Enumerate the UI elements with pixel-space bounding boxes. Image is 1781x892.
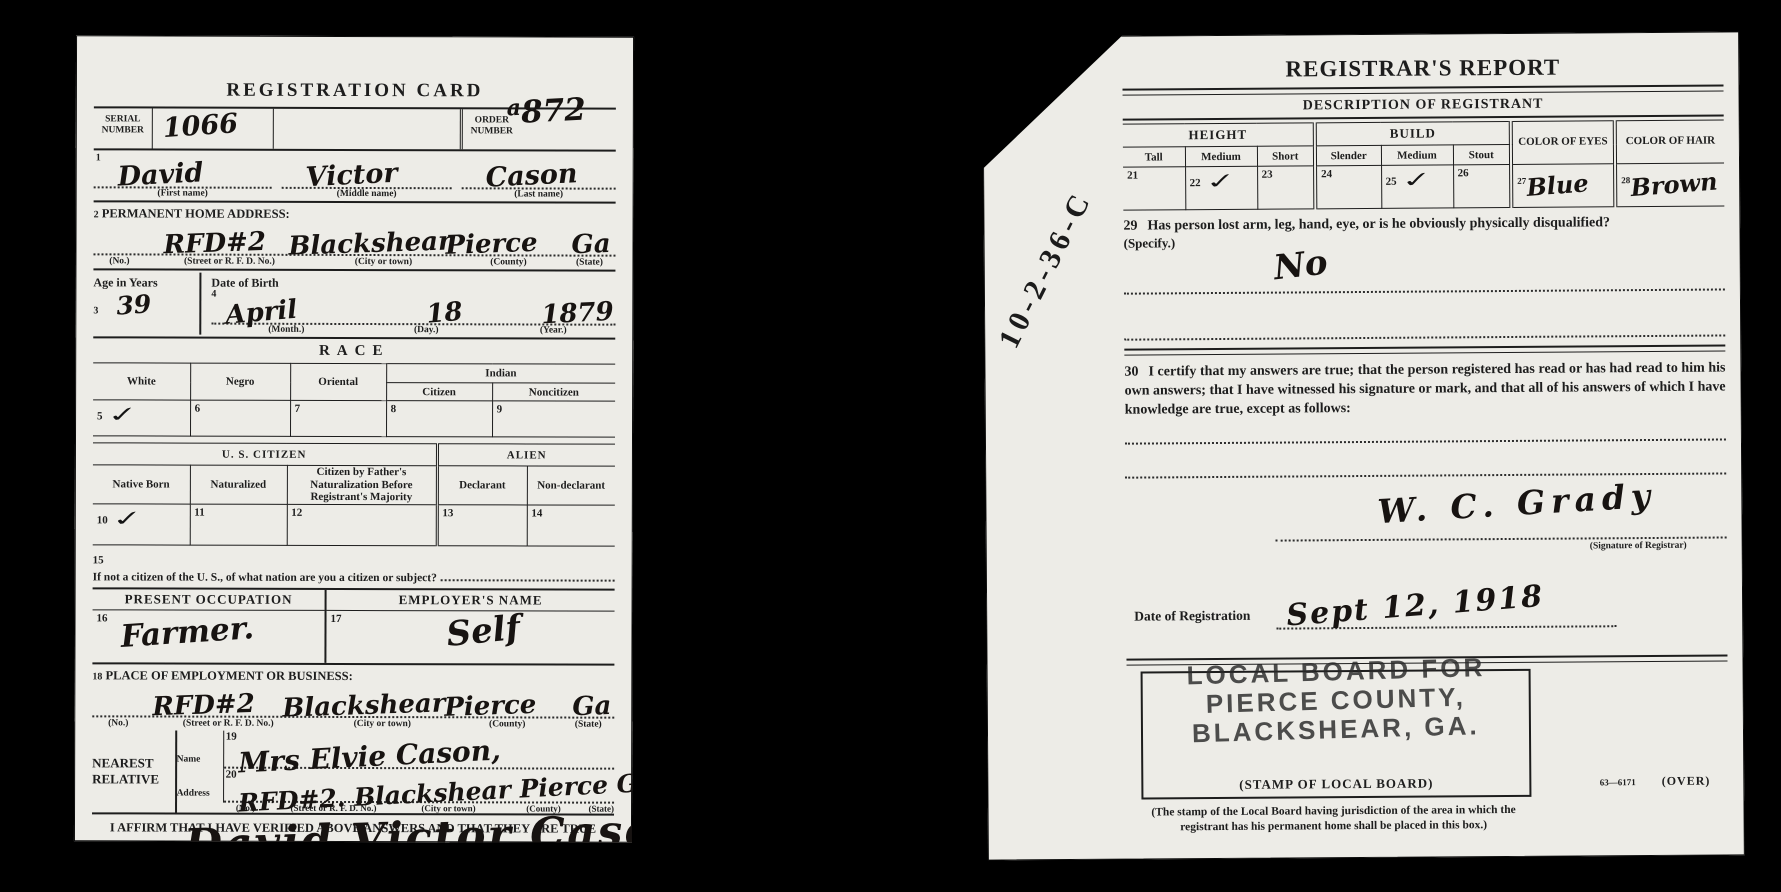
build-stout-cell: 26	[1453, 164, 1511, 207]
last-name-field: Cason	[462, 151, 616, 189]
color-of-eyes-cell: 27Blue	[1511, 164, 1615, 208]
non-declarant-label: Non-declarant	[527, 466, 615, 505]
nearest-relative-section: NEAREST RELATIVE Name 19 Mrs Elvie Cason…	[92, 730, 614, 815]
citizenship-table: U. S. CITIZEN ALIEN Native Born Naturali…	[93, 442, 615, 546]
employer-header: EMPLOYER'S NAME	[327, 590, 615, 612]
build-medium-cell: 25✓	[1381, 165, 1453, 209]
race-indian-citizen-cell: 8	[386, 401, 492, 437]
home-address-city: Blackshear	[288, 226, 452, 261]
question-29: 29Has person lost arm, leg, hand, eye, o…	[1123, 213, 1724, 252]
local-board-stamp-box: LOCAL BOARD FOR PIERCE COUNTY, BLACKSHEA…	[1141, 669, 1532, 800]
race-white-label: White	[93, 363, 190, 400]
build-medium-label: Medium	[1381, 145, 1453, 166]
relative-name-minilabel: Name	[177, 730, 224, 768]
employment-county: Pierce	[444, 690, 537, 723]
name-columns: David Victor Cason	[94, 150, 616, 189]
home-address-street: RFD#2	[163, 227, 266, 260]
dob-month-value: April	[224, 295, 298, 331]
height-medium-number: 22	[1190, 177, 1201, 189]
board-footnote: (The stamp of the Local Board having jur…	[1128, 803, 1540, 836]
check-mark-icon: ✓	[106, 402, 139, 428]
height-short-label: Short	[1257, 146, 1315, 166]
occupation-column: PRESENT OCCUPATION 16 Farmer.	[92, 589, 326, 663]
nearest-relative-label: NEAREST RELATIVE	[92, 730, 177, 812]
age-label: Age in Years	[93, 275, 199, 290]
stamp-of-local-board-label: (STAMP OF LOCAL BOARD)	[1239, 775, 1433, 792]
question-30-number: 30	[1124, 365, 1138, 380]
employment-label: PLACE OF EMPLOYMENT OR BUSINESS:	[105, 668, 352, 683]
color-of-hair-cell: 28Brown	[1615, 163, 1724, 207]
build-medium-number: 25	[1386, 176, 1397, 188]
date-stamp-code: 10-2-36-C	[992, 185, 1099, 354]
registrar-signature-zone: W. C. Grady (Signature of Registrar)	[1125, 474, 1727, 574]
question-15-text: If not a citizen of the U. S., of what n…	[93, 571, 437, 584]
section-rule	[93, 336, 615, 339]
build-stout-number: 26	[1458, 167, 1469, 179]
race-negro-label: Negro	[190, 363, 290, 400]
age-number: 3	[93, 305, 98, 316]
relative-address-field: 20 RFD#2. Blackshear Pierce Ga	[224, 769, 615, 804]
age-value: 39	[115, 289, 152, 320]
height-medium-cell: 22✓	[1185, 166, 1257, 210]
build-group-header: BUILD	[1315, 121, 1511, 145]
race-title: RACE	[93, 342, 615, 360]
serial-number-field: 1066	[153, 108, 274, 148]
employment-state: Ga	[572, 691, 612, 722]
home-address-label: PERMANENT HOME ADDRESS:	[102, 206, 290, 220]
serial-number-value: 1066	[162, 108, 239, 144]
height-short-number: 23	[1262, 169, 1273, 181]
section-rule	[93, 268, 615, 271]
registration-card: REGISTRATION CARD SERIAL NUMBER 1066 ORD…	[74, 35, 634, 842]
title-rule	[1122, 84, 1723, 95]
color-of-eyes-header: COLOR OF EYES	[1511, 121, 1615, 165]
question-15-line: If not a citizen of the U. S., of what n…	[93, 566, 615, 584]
race-oriental-cell: 7	[290, 400, 386, 436]
question-30: 30I certify that my answers are true; th…	[1124, 360, 1725, 421]
question-30-text: I certify that my answers are true; that…	[1125, 361, 1726, 418]
question-29-answer: No	[1271, 241, 1329, 291]
father-naturalization-label: Citizen by Father's Naturalization Befor…	[287, 465, 437, 504]
date-of-registration-row: Date of Registration Sept 12, 1918	[1126, 590, 1727, 634]
employment-number: 18	[92, 671, 102, 682]
dob-field: Date of Birth 4 April 18 1879 (Month.) (…	[201, 273, 615, 336]
over-label: (OVER)	[1662, 774, 1711, 789]
employment-field: RFD#2 Blackshear Pierce Ga	[92, 683, 614, 718]
dob-year-value: 1879	[541, 297, 615, 331]
build-stout-label: Stout	[1453, 144, 1511, 164]
declarant-label: Declarant	[437, 466, 527, 505]
registrars-report-card: 10-2-36-C REGISTRAR'S REPORT DESCRIPTION…	[982, 31, 1745, 860]
question-15: 15 If not a citizen of the U. S., of wha…	[93, 554, 615, 584]
declarant-cell: 13	[437, 505, 527, 546]
home-address-label-line: 2 PERMANENT HOME ADDRESS:	[94, 206, 616, 222]
check-mark-icon: ✓	[1400, 167, 1433, 193]
naturalized-number: 11	[194, 507, 204, 519]
non-declarant-number: 14	[531, 507, 542, 519]
age-field: Age in Years 3 39	[93, 272, 201, 334]
order-number-field: a872	[521, 109, 616, 149]
registrars-report-body: REGISTRAR'S REPORT DESCRIPTION OF REGIST…	[1122, 53, 1728, 835]
declarant-number: 13	[442, 507, 453, 519]
registrar-signature: W. C. Grady	[1376, 475, 1657, 530]
employer-number: 17	[331, 613, 342, 625]
height-tall-cell: 21	[1123, 167, 1185, 210]
employer-field: 17 Self	[326, 611, 614, 664]
date-of-registration-label: Date of Registration	[1134, 608, 1250, 625]
board-stamp-line3: BLACKSHEAR, GA.	[1192, 711, 1480, 748]
print-code: 63—6171	[1600, 777, 1636, 787]
registrar-signature-label: (Signature of Registrar)	[1590, 540, 1687, 551]
dob-label: Date of Birth	[211, 276, 615, 292]
relative-address-row: Address 20 RFD#2. Blackshear Pierce Ga	[177, 768, 615, 803]
sublabel-day: (Day.)	[361, 325, 491, 335]
us-citizen-header: U. S. CITIZEN	[93, 443, 437, 466]
relative-name-field: 19 Mrs Elvie Cason,	[224, 731, 615, 770]
race-white-number: 5	[97, 410, 103, 422]
occupation-field: 16 Farmer.	[92, 610, 324, 663]
alien-header: ALIEN	[437, 444, 615, 466]
serial-number-label: SERIAL NUMBER	[94, 108, 153, 148]
height-tall-number: 21	[1127, 170, 1138, 182]
home-address-field: RFD#2 Blackshear Pierce Ga	[93, 221, 615, 256]
race-indian-noncitizen-number: 9	[497, 403, 503, 415]
home-address-number: 2	[94, 209, 99, 220]
height-group-header: HEIGHT	[1123, 123, 1315, 147]
native-born-label: Native Born	[93, 465, 190, 504]
dob-line: 4 April 18 1879	[211, 291, 615, 326]
question-29-text: Has person lost arm, leg, hand, eye, or …	[1147, 215, 1610, 233]
relative-address-minilabel: Address	[177, 768, 224, 802]
question-15-answer-line	[441, 567, 615, 581]
race-indian-noncitizen-label: Noncitizen	[492, 383, 615, 401]
middle-name-field: Victor	[282, 151, 452, 189]
order-number-value: a872	[506, 92, 587, 132]
father-naturalization-cell: 12	[287, 504, 437, 545]
father-naturalization-number: 12	[291, 507, 302, 519]
race-indian-citizen-label: Citizen	[386, 383, 492, 401]
build-slender-number: 24	[1321, 168, 1332, 180]
height-tall-label: Tall	[1123, 147, 1185, 167]
race-oriental-label: Oriental	[290, 363, 386, 400]
first-name-value: David	[117, 157, 204, 192]
order-number-digits: 872	[520, 92, 586, 131]
age-dob-row: Age in Years 3 39 Date of Birth 4 April …	[93, 272, 615, 335]
middle-name-value: Victor	[305, 158, 398, 194]
hair-value: Brown	[1630, 167, 1719, 203]
home-address-state: Ga	[571, 229, 611, 260]
race-oriental-number: 7	[295, 403, 301, 415]
non-declarant-cell: 14	[527, 505, 615, 546]
answer-line	[1124, 335, 1725, 341]
employer-column: EMPLOYER'S NAME 17 Self	[326, 590, 614, 664]
registration-card-footer: David Victor Cason P. M. G. O. Form No. …	[92, 837, 614, 842]
employment-city: Blackshear	[282, 688, 446, 723]
race-indian-label: Indian	[386, 364, 615, 384]
employer-value: Self	[445, 608, 522, 655]
native-born-number: 10	[97, 514, 108, 526]
race-negro-cell: 6	[190, 400, 290, 436]
eyes-value: Blue	[1525, 168, 1589, 202]
dob-number: 4	[211, 289, 216, 300]
native-born-cell: 10✓	[93, 504, 190, 545]
naturalized-label: Naturalized	[190, 465, 287, 504]
registrars-report-footer: 63—6171 (OVER)	[1600, 774, 1711, 790]
nearest-relative-fields: Name 19 Mrs Elvie Cason, Address 20 RFD#…	[177, 730, 615, 813]
race-table: White Negro Oriental Indian Citizen Nonc…	[93, 362, 615, 437]
section-rule	[94, 200, 616, 203]
sublabel-no: (No.)	[92, 718, 144, 728]
sublabel-no: (No.)	[93, 256, 145, 266]
occupation-number: 16	[97, 612, 108, 624]
question-29-specify: (Specify.)	[1124, 232, 1725, 253]
occupation-section: PRESENT OCCUPATION 16 Farmer. EMPLOYER'S…	[92, 587, 614, 665]
check-mark-icon: ✓	[1204, 168, 1237, 194]
home-address-county: Pierce	[445, 228, 538, 261]
description-subtitle: DESCRIPTION OF REGISTRANT	[1123, 95, 1724, 115]
answer-line	[1125, 438, 1726, 444]
registration-card-body: REGISTRATION CARD SERIAL NUMBER 1066 ORD…	[74, 79, 634, 842]
employment-label-line: 18 PLACE OF EMPLOYMENT OR BUSINESS:	[92, 668, 614, 684]
race-indian-citizen-number: 8	[391, 403, 397, 415]
answer-line	[1124, 289, 1725, 295]
build-slender-label: Slender	[1315, 145, 1381, 165]
relative-address-number: 20	[226, 769, 237, 781]
name-row: 1 David Victor Cason	[94, 150, 616, 189]
registrars-report-title: REGISTRAR'S REPORT	[1122, 53, 1723, 83]
build-slender-cell: 24	[1315, 165, 1381, 208]
occupation-value: Farmer.	[119, 610, 255, 655]
section-rule	[1124, 345, 1725, 356]
question-29-number: 29	[1123, 219, 1137, 234]
description-table: HEIGHT BUILD COLOR OF EYES COLOR OF HAIR…	[1123, 119, 1725, 210]
serial-row-spacer	[274, 109, 460, 149]
last-name-value: Cason	[485, 158, 578, 194]
naturalized-cell: 11	[190, 504, 287, 545]
race-negro-number: 6	[195, 403, 201, 415]
first-name-field: David	[94, 150, 272, 188]
relative-name-number: 19	[226, 731, 237, 743]
dob-day-value: 18	[425, 297, 464, 330]
serial-order-row: SERIAL NUMBER 1066 ORDER NUMBER a872	[94, 106, 616, 151]
occupation-header: PRESENT OCCUPATION	[93, 589, 325, 611]
race-indian-noncitizen-cell: 9	[492, 401, 615, 437]
color-of-hair-header: COLOR OF HAIR	[1615, 120, 1724, 164]
height-medium-label: Medium	[1185, 146, 1257, 167]
relative-name-row: Name 19 Mrs Elvie Cason,	[177, 730, 615, 769]
race-white-cell: 5✓	[93, 400, 190, 436]
height-short-cell: 23	[1257, 166, 1315, 209]
check-mark-icon: ✓	[111, 506, 144, 532]
employment-street: RFD#2	[152, 689, 255, 722]
